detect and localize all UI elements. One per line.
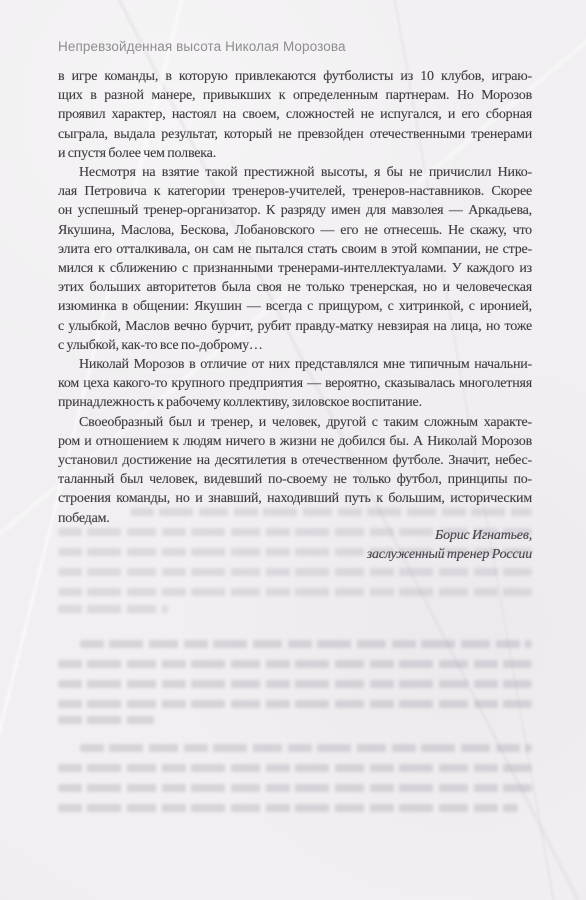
text-line: лая Петровича к категории тренеров-учите… — [58, 182, 532, 201]
show-through-line — [58, 660, 532, 668]
text-line: Своеобразный был и тренер, и человек, др… — [58, 413, 532, 432]
text-line: мился к сближению с признанными тренерам… — [58, 259, 532, 278]
text-line: с улыбкой, Маслов вечно бурчит, рубит пр… — [58, 317, 532, 336]
show-through-line — [58, 588, 532, 596]
book-page: Непревзойденная высота Николая Морозова … — [0, 0, 586, 900]
show-through-line — [58, 528, 532, 536]
text-line: Николай Морозов в отличие от них предста… — [58, 355, 532, 374]
text-column: в игре команды, в которую привлекаются ф… — [58, 67, 532, 565]
text-line: и спустя более чем полвека. — [58, 144, 532, 163]
text-line: Несмотря на взятие такой престижной высо… — [58, 163, 532, 182]
text-line: строения команды, но и знавший, находивш… — [58, 489, 532, 508]
show-through-line — [58, 764, 532, 772]
show-through-line — [130, 508, 532, 516]
show-through-line — [58, 605, 168, 613]
body-text: в игре команды, в которую привлекаются ф… — [58, 67, 532, 528]
show-through-line — [58, 568, 532, 576]
text-line: элита его отталкивала, он сам не пытался… — [58, 240, 532, 259]
text-line: он успешный тренер-организатор. К разряд… — [58, 201, 532, 220]
text-line: принадлежность к рабочему коллективу, зи… — [58, 393, 532, 412]
text-line: в игре команды, в которую привлекаются ф… — [58, 67, 532, 86]
show-through-line — [58, 680, 532, 688]
show-through-line — [58, 716, 154, 724]
text-line: этих больших авторитетов была своя не то… — [58, 278, 532, 297]
show-through-line — [80, 744, 532, 752]
text-line: с улыбкой, как-то все по-доброму… — [58, 336, 532, 355]
text-line: ром и отношением к людям ничего в жизни … — [58, 432, 532, 451]
text-line: Якушина, Маслова, Бескова, Лобановского … — [58, 221, 532, 240]
show-through-line — [80, 640, 532, 648]
text-line: установил достижение на десятилетия в от… — [58, 451, 532, 470]
text-line: таланный был человек, видевший по-своему… — [58, 470, 532, 489]
text-line: сыграла, выдала результат, который не пр… — [58, 125, 532, 144]
show-through-line — [58, 784, 532, 792]
text-line: ком цеха какого-то крупного предприятия … — [58, 374, 532, 393]
show-through-line — [58, 548, 532, 556]
running-header: Непревзойденная высота Николая Морозова — [58, 39, 346, 54]
text-line: проявил характер, настоял на своем, слож… — [58, 105, 532, 124]
show-through-line — [58, 700, 532, 708]
text-line: щих в разной манере, привыкших к определ… — [58, 86, 532, 105]
show-through-line — [58, 804, 518, 812]
text-line: изюминка в общении: Якушин — всегда с пр… — [58, 297, 532, 316]
